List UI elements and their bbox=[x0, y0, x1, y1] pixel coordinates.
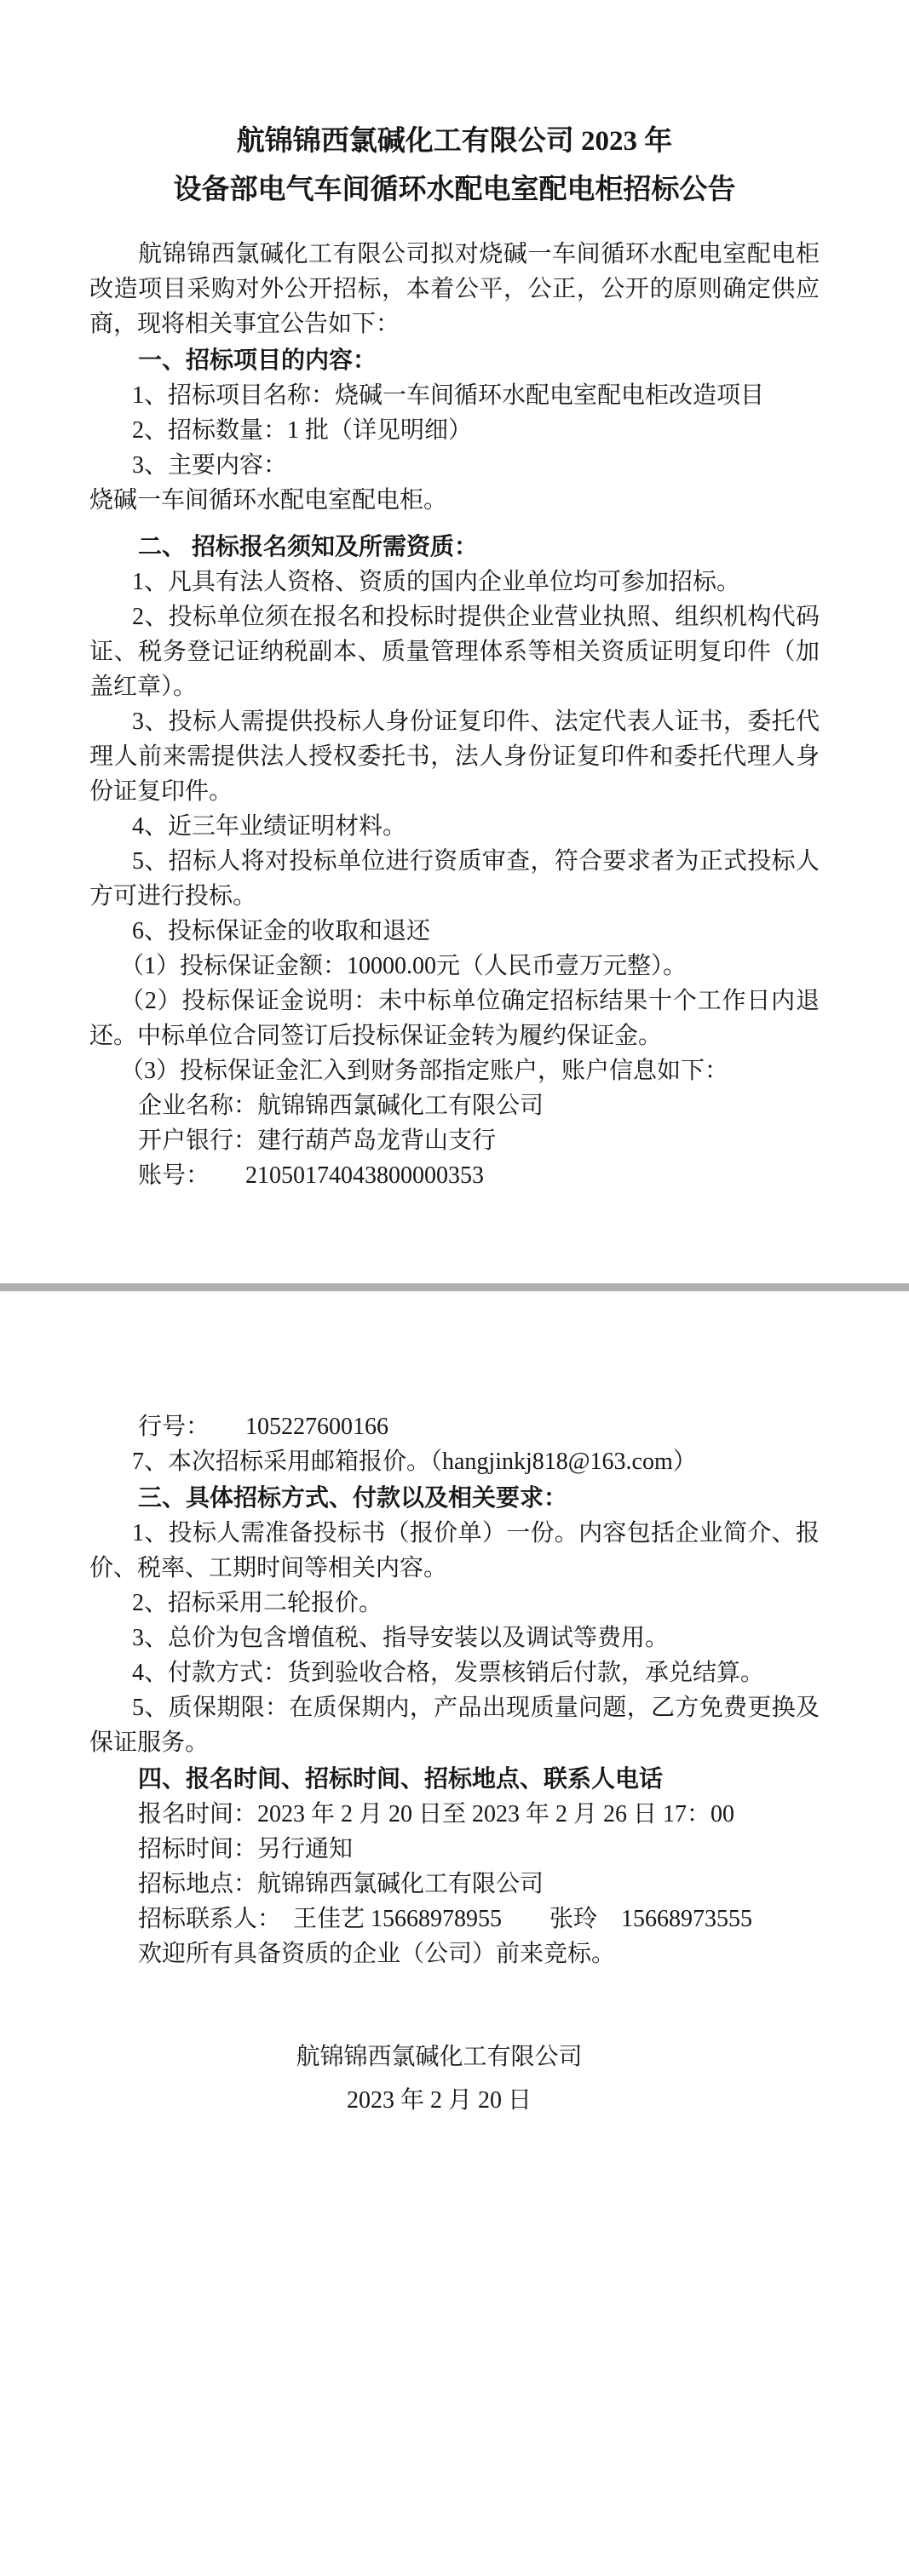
doc-title-line: 设备部电气车间循环水配电室配电柜招标公告 bbox=[89, 166, 820, 215]
paragraph: 烧碱一车间循环水配电室配电柜。 bbox=[89, 483, 820, 518]
intro-paragraph: 航锦锦西氯碱化工有限公司拟对烧碱一车间循环水配电室配电柜改造项目采购对外公开招标… bbox=[89, 237, 820, 341]
list-item: 3、主要内容： bbox=[89, 448, 820, 483]
section-heading: 一、招标项目的内容： bbox=[89, 343, 820, 378]
list-item: 4、近三年业绩证明材料。 bbox=[89, 809, 820, 844]
list-item: 6、投标保证金的收取和退还 bbox=[89, 914, 820, 949]
list-item: 1、招标项目名称：烧碱一车间循环水配电室配电柜改造项目 bbox=[89, 378, 820, 413]
info-line: 招标联系人： 王佳艺 15668978955 张玲 15668973555 bbox=[89, 1902, 820, 1936]
list-item: 5、质保期限：在质保期内，产品出现质量问题，乙方免费更换及保证服务。 bbox=[89, 1690, 820, 1760]
section-heading: 二、 招标报名须知及所需资质： bbox=[89, 530, 820, 565]
info-line: 行号： 105227600166 bbox=[89, 1409, 820, 1444]
signature-company: 航锦锦西氯碱化工有限公司 bbox=[74, 2040, 804, 2074]
list-item: 1、投标人需准备投标书（报价单）一份。内容包括企业简介、报价、税率、工期时间等相… bbox=[89, 1516, 820, 1586]
list-item: 1、凡具有法人资格、资质的国内企业单位均可参加招标。 bbox=[89, 565, 820, 600]
info-line: 欢迎所有具备资质的企业（公司）前来竞标。 bbox=[89, 1936, 820, 1971]
section-heading: 三、具体招标方式、付款以及相关要求： bbox=[89, 1481, 820, 1516]
sub-list-item: （2）投标保证金说明：未中标单位确定招标结果十个工作日内退还。中标单位合同签订后… bbox=[89, 984, 820, 1053]
list-item: 2、投标单位须在报名和投标时提供企业营业执照、组织机构代码证、税务登记证纳税副本… bbox=[89, 600, 820, 704]
info-line: 企业名称：航锦锦西氯碱化工有限公司 bbox=[89, 1088, 820, 1123]
document-page-1: 航锦锦西氯碱化工有限公司 2023 年设备部电气车间循环水配电室配电柜招标公告航… bbox=[0, 0, 909, 1283]
list-item: 2、招标数量：1 批（详见明细） bbox=[89, 413, 820, 448]
info-line: 招标时间：另行通知 bbox=[89, 1832, 820, 1867]
info-line: 招标地点：航锦锦西氯碱化工有限公司 bbox=[89, 1867, 820, 1902]
signature-date: 2023 年 2 月 20 日 bbox=[74, 2083, 804, 2118]
section-heading: 四、报名时间、招标时间、招标地点、联系人电话 bbox=[89, 1762, 820, 1797]
list-item: 4、付款方式：货到验收合格，发票核销后付款，承兑结算。 bbox=[89, 1655, 820, 1690]
info-line: 报名时间：2023 年 2 月 20 日至 2023 年 2 月 26 日 17… bbox=[89, 1797, 820, 1832]
list-item: 5、招标人将对投标单位进行资质审查，符合要求者为正式投标人方可进行投标。 bbox=[89, 844, 820, 914]
list-item: 7、本次招标采用邮箱报价。（hangjinkj818@163.com） bbox=[89, 1444, 820, 1479]
info-line: 开户银行：建行葫芦岛龙背山支行 bbox=[89, 1123, 820, 1158]
list-item: 3、总价为包含增值税、指导安装以及调试等费用。 bbox=[89, 1621, 820, 1655]
page-separator bbox=[0, 1283, 909, 1292]
doc-title-line: 航锦锦西氯碱化工有限公司 2023 年 bbox=[89, 118, 820, 166]
document-page-2: 行号： 1052276001667、本次招标采用邮箱报价。（hangjinkj8… bbox=[0, 1292, 909, 2576]
document-viewer: 航锦锦西氯碱化工有限公司 2023 年设备部电气车间循环水配电室配电柜招标公告航… bbox=[0, 0, 909, 2576]
sub-list-item: （1）投标保证金额：10000.00元（人民币壹万元整）。 bbox=[89, 949, 820, 984]
list-item: 2、招标采用二轮报价。 bbox=[89, 1586, 820, 1621]
info-line: 账号： 21050174043800000353 bbox=[89, 1158, 820, 1193]
sub-list-item: （3）投标保证金汇入到财务部指定账户，账户信息如下： bbox=[89, 1053, 820, 1088]
list-item: 3、投标人需提供投标人身份证复印件、法定代表人证书，委托代理人前来需提供法人授权… bbox=[89, 704, 820, 809]
